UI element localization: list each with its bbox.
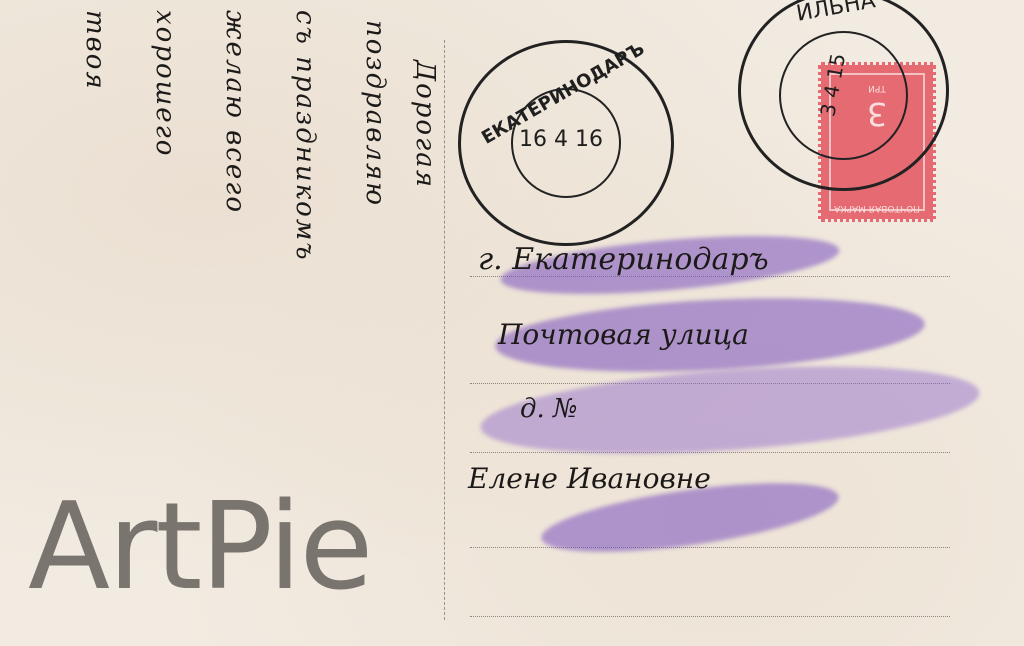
address-text: Елене Ивановне <box>468 462 711 495</box>
message-column: Дорогая <box>410 60 440 189</box>
center-divider <box>444 40 445 620</box>
postmark-date: 16 4 16 <box>519 127 603 152</box>
stamp-caption: ПОЧТОВАЯ МАРКА <box>821 203 933 213</box>
message-column: съ праздникомъ <box>290 10 320 262</box>
address-line <box>470 452 950 453</box>
address-line <box>470 547 950 548</box>
address-line <box>470 616 950 617</box>
postcard-back: Дорогая поздравляю съ праздникомъ желаю … <box>0 0 1024 646</box>
watermark: ArtPie <box>28 478 371 617</box>
postmark-ekaterinodar: ЕКАТЕРИНОДАРЪ 16 4 16 <box>458 40 674 246</box>
message-column: хорошего <box>150 10 180 157</box>
postmark-town: ИЛЬНА <box>794 0 877 27</box>
message-column: твоя <box>80 10 110 91</box>
address-text: г. Екатеринодаръ <box>478 242 769 277</box>
address-text: д. № <box>520 394 578 424</box>
address-text: Почтовая улица <box>498 318 749 351</box>
message-column: желаю всего <box>220 10 250 214</box>
message-column: поздравляю <box>360 20 390 207</box>
